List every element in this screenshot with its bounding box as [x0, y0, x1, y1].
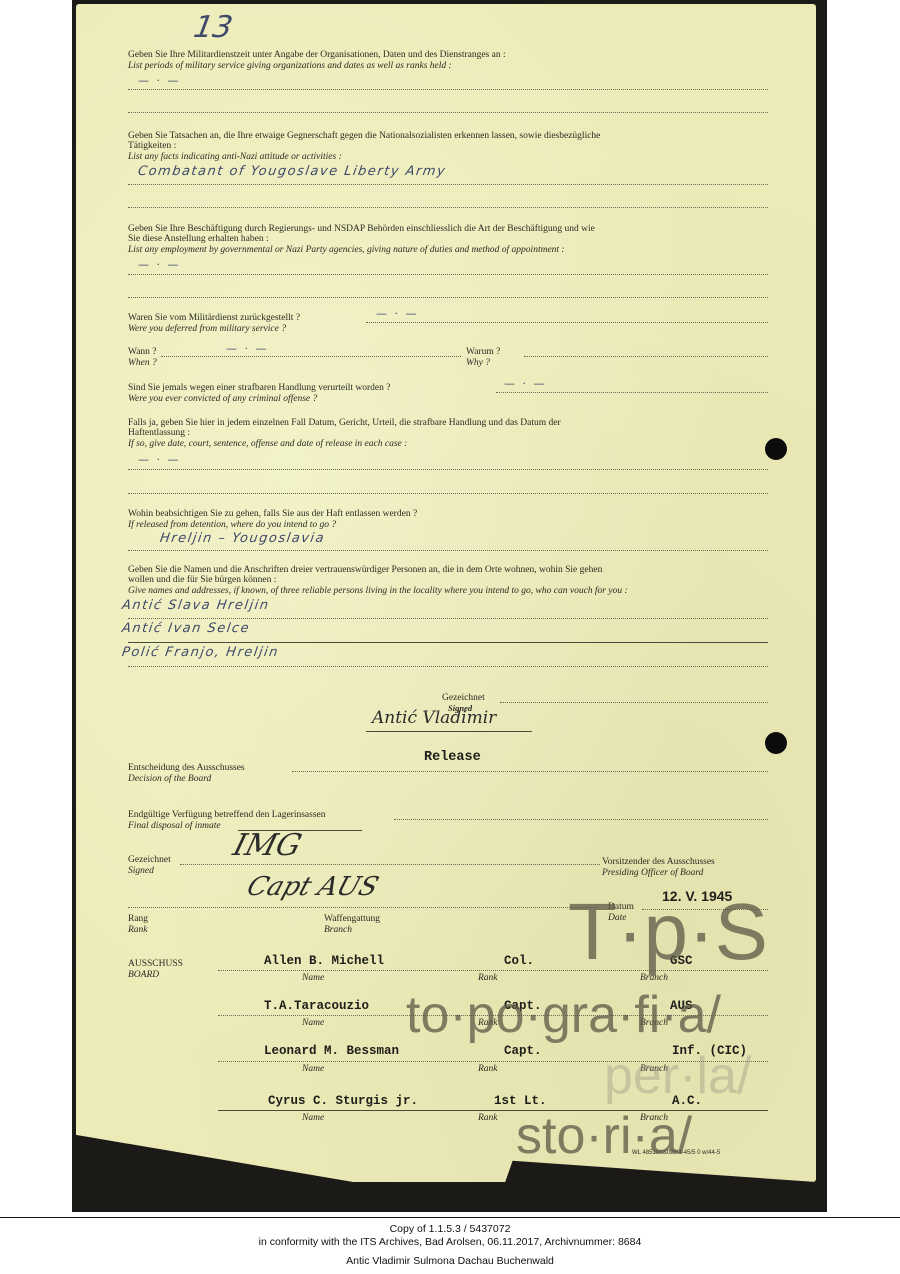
board-member-name: T.A.Taracouzio	[264, 999, 369, 1013]
when-label-en: When ?	[128, 358, 157, 369]
military-service-label-en: List periods of military service giving …	[128, 61, 452, 72]
conviction-details-label-de-2: Haftentlassung :	[128, 428, 190, 439]
col-name-label: Name	[302, 1113, 324, 1124]
punch-hole	[765, 438, 787, 460]
board-member-rank: Col.	[504, 954, 534, 968]
footer-conformity: in conformity with the ITS Archives, Bad…	[0, 1236, 900, 1248]
deferred-label-en: Were you deferred from military service …	[128, 324, 286, 335]
handwritten-page-number: 13	[191, 10, 235, 45]
footer-subject: Antic Vladimir Sulmona Dachau Buchenwald	[0, 1255, 900, 1267]
watermark-topografia: to·po·gra·fi·a/	[406, 989, 721, 1041]
answer-line	[161, 356, 461, 357]
punch-hole	[765, 732, 787, 754]
answer-line	[128, 297, 768, 298]
applicant-signature: Antić Vladimir	[372, 708, 496, 728]
col-rank-label: Rank	[478, 973, 498, 984]
reference-1: Antić Slava Hreljin	[121, 598, 271, 613]
presiding-title-en: Presiding Officer of Board	[602, 868, 703, 879]
signature-underline	[366, 731, 532, 732]
why-label-en: Why ?	[466, 358, 490, 369]
when-answer: — · —	[226, 342, 269, 355]
employment-label-de-2: Sie diese Anstellung erhalten haben :	[128, 234, 269, 245]
answer-line	[366, 322, 768, 323]
answer-line	[128, 666, 768, 667]
conviction-details-answer: — · —	[138, 453, 181, 466]
final-disposal-label-en: Final disposal of inmate	[128, 821, 221, 832]
board-member-rank: 1st Lt.	[494, 1094, 547, 1108]
convicted-label-en: Were you ever convicted of any criminal …	[128, 394, 317, 405]
decision-label-en: Decision of the Board	[128, 774, 211, 785]
col-name-label: Name	[302, 1018, 324, 1029]
anti-nazi-label-de-1: Geben Sie Tatsachen an, die Ihre etwaige…	[128, 131, 600, 142]
answer-line	[128, 550, 768, 551]
destination-label-en: If released from detention, where do you…	[128, 520, 336, 531]
watermark-storia: sto·ri·a/	[516, 1110, 692, 1162]
when-label-de: Wann ?	[128, 347, 157, 358]
board-label-de: AUSSCHUSS	[128, 959, 183, 970]
conviction-details-label-en: If so, give date, court, sentence, offen…	[128, 439, 407, 450]
anti-nazi-answer: Combatant of Yougoslave Liberty Army	[137, 164, 447, 179]
reference-3: Polić Franjo, Hreljin	[121, 645, 280, 660]
final-disposal-label-de: Endgültige Verfügung betreffend den Lage…	[128, 810, 326, 821]
answer-line	[128, 642, 768, 643]
destination-answer: Hreljin – Yougoslavia	[159, 531, 326, 546]
board-member-name: Allen B. Michell	[264, 954, 384, 968]
answer-line	[128, 469, 768, 470]
branch-label-de: Waffengattung	[324, 914, 380, 925]
answer-line	[128, 207, 768, 208]
signature-line	[500, 702, 768, 703]
presiding-signature-line	[180, 864, 600, 865]
decision-value: Release	[424, 750, 481, 765]
destination-label-de: Wohin beabsichtigen Sie zu gehen, falls …	[128, 509, 417, 520]
rank-label-de: Rang	[128, 914, 148, 925]
col-rank-label: Rank	[478, 1113, 498, 1124]
answer-line	[128, 89, 768, 90]
anti-nazi-label-de-2: Tätigkeiten :	[128, 141, 176, 152]
military-service-answer: — · —	[138, 74, 181, 87]
references-label-en: Give names and addresses, if known, of t…	[128, 586, 628, 597]
answer-line	[496, 392, 768, 393]
rank-label-en: Rank	[128, 925, 148, 936]
references-label-de-2: wollen und die für Sie bürgen können :	[128, 575, 276, 586]
col-rank-label: Rank	[478, 1064, 498, 1075]
anti-nazi-label-en: List any facts indicating anti-Nazi atti…	[128, 152, 342, 163]
col-name-label: Name	[302, 973, 324, 984]
employment-label-en: List any employment by governmental or N…	[128, 245, 565, 256]
col-name-label: Name	[302, 1064, 324, 1075]
board-member-name: Cyrus C. Sturgis jr.	[268, 1094, 418, 1108]
convicted-label-de: Sind Sie jemals wegen einer strafbaren H…	[128, 383, 390, 394]
branch-label-en: Branch	[324, 925, 352, 936]
board-member-rank: Capt.	[504, 1044, 542, 1058]
form-paper: 13 Geben Sie Ihre Militardienstzeit unte…	[76, 4, 816, 1182]
decision-line	[292, 771, 768, 772]
answer-line	[128, 493, 768, 494]
rank-branch-signature: Capt AUS	[243, 872, 382, 902]
deferred-label-de: Waren Sie vom Militärdienst zurückgestel…	[128, 313, 300, 324]
presiding-signed-label-en: Signed	[128, 866, 154, 877]
board-label-en: BOARD	[128, 970, 159, 981]
document-scan: 13 Geben Sie Ihre Militardienstzeit unte…	[72, 0, 827, 1212]
why-label-de: Warum ?	[466, 347, 500, 358]
employment-answer: — · —	[138, 258, 181, 271]
footer-copy-ref: Copy of 1.1.5.3 / 5437072	[0, 1223, 900, 1235]
decision-label-de: Entscheidung des Ausschusses	[128, 763, 245, 774]
presiding-title-de: Vorsitzender des Ausschusses	[602, 857, 715, 868]
board-member-name: Leonard M. Bessman	[264, 1044, 399, 1058]
answer-line	[128, 274, 768, 275]
reference-2: Antić Ivan Selce	[121, 621, 251, 636]
watermark-tps: T·p·S	[568, 892, 768, 972]
presiding-signed-label-de: Gezeichnet	[128, 855, 171, 866]
answer-line	[128, 184, 768, 185]
deferred-answer: — · —	[376, 307, 419, 320]
answer-line	[128, 618, 768, 619]
final-disposal-line	[394, 819, 768, 820]
rank-branch-line	[128, 907, 598, 908]
presiding-officer-signature: IMG	[229, 828, 305, 863]
conviction-details-label-de-1: Falls ja, geben Sie hier in jedem einzel…	[128, 418, 561, 429]
footer-divider	[0, 1217, 900, 1218]
military-service-label-de: Geben Sie Ihre Militardienstzeit unter A…	[128, 50, 506, 61]
answer-line	[128, 112, 768, 113]
answer-line	[524, 356, 768, 357]
convicted-answer: — · —	[504, 377, 547, 390]
watermark-perla: per·la/	[604, 1050, 751, 1102]
